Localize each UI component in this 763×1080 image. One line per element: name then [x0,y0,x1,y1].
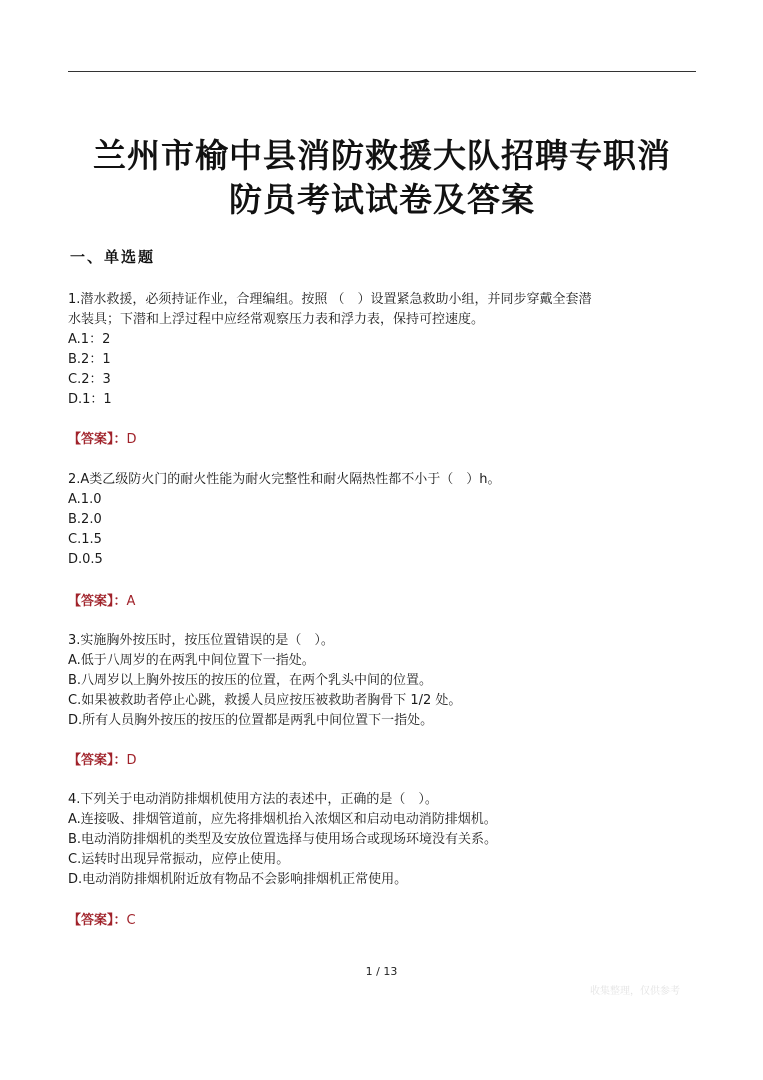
option-c: C.2：3 [68,370,698,390]
question-stem: 2.A类乙级防火门的耐火性能为耐火完整性和耐火隔热性都不小于（ ）h。 [68,470,698,490]
option-a: A.1.0 [68,490,698,510]
option-d: D.1：1 [68,390,698,410]
option-c: C.1.5 [68,530,698,550]
option-c: C.运转时出现异常振动，应停止使用。 [68,850,698,870]
option-a: A.连接吸、排烟管道前，应先将排烟机抬入浓烟区和启动电动消防排烟机。 [68,810,698,830]
section-heading: 一、单选题 [70,246,155,267]
answer-label: 【答案】： [68,432,127,447]
answer-value: A [127,594,136,609]
option-d: D.0.5 [68,550,698,570]
question-stem: 1.潜水救援，必须持证作业，合理编组。按照 （ ）设置紧急救助小组，并同步穿戴全… [68,290,698,310]
page-number: 1 / 13 [0,965,763,978]
answer-value: D [127,753,137,768]
option-d: D.电动消防排烟机附近放有物品不会影响排烟机正常使用。 [68,870,698,890]
option-a: A.1：2 [68,330,698,350]
option-d: D.所有人员胸外按压的按压的位置都是两乳中间位置下一指处。 [68,711,698,731]
question-2: 2.A类乙级防火门的耐火性能为耐火完整性和耐火隔热性都不小于（ ）h。 A.1.… [68,470,698,570]
title-line-2: 防员考试试卷及答案 [68,178,696,222]
option-b: B.2.0 [68,510,698,530]
answer-label: 【答案】： [68,913,127,928]
header-rule [68,71,696,72]
document-page: 兰州市榆中县消防救援大队招聘专职消 防员考试试卷及答案 一、单选题 1.潜水救援… [0,0,763,1080]
question-stem-cont: 水装具；下潜和上浮过程中应经常观察压力表和浮力表，保持可控速度。 [68,310,698,330]
title-line-1: 兰州市榆中县消防救援大队招聘专职消 [68,134,696,178]
answer-4: 【答案】：C [68,911,136,931]
answer-3: 【答案】：D [68,751,137,771]
option-b: B.八周岁以上胸外按压的按压的位置，在两个乳头中间的位置。 [68,671,698,691]
question-1: 1.潜水救援，必须持证作业，合理编组。按照 （ ）设置紧急救助小组，并同步穿戴全… [68,290,698,410]
option-a: A.低于八周岁的在两乳中间位置下一指处。 [68,651,698,671]
question-4: 4.下列关于电动消防排烟机使用方法的表述中，正确的是（ ）。 A.连接吸、排烟管… [68,790,698,890]
option-b: B.电动消防排烟机的类型及安放位置选择与使用场合或现场环境没有关系。 [68,830,698,850]
option-c: C.如果被救助者停止心跳，救援人员应按压被救助者胸骨下 1/2 处。 [68,691,698,711]
answer-value: D [127,432,137,447]
document-title: 兰州市榆中县消防救援大队招聘专职消 防员考试试卷及答案 [68,134,696,222]
answer-1: 【答案】：D [68,430,137,450]
answer-label: 【答案】： [68,594,127,609]
question-stem: 4.下列关于电动消防排烟机使用方法的表述中，正确的是（ ）。 [68,790,698,810]
answer-label: 【答案】： [68,753,127,768]
question-3: 3.实施胸外按压时，按压位置错误的是（ ）。 A.低于八周岁的在两乳中间位置下一… [68,631,698,731]
answer-2: 【答案】：A [68,592,135,612]
watermark: 收集整理，仅供参考 [590,982,680,997]
question-stem: 3.实施胸外按压时，按压位置错误的是（ ）。 [68,631,698,651]
option-b: B.2：1 [68,350,698,370]
answer-value: C [127,913,136,928]
